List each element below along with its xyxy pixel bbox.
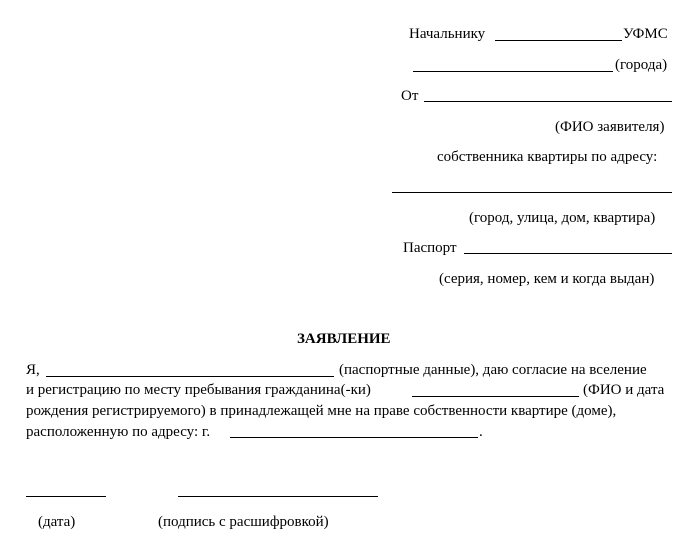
signature-field[interactable] bbox=[178, 496, 378, 497]
passport-data-field[interactable] bbox=[46, 376, 334, 377]
signature-hint: (подпись с расшифровкой) bbox=[158, 513, 329, 531]
body-line-2-end: (ФИО и дата bbox=[583, 381, 664, 399]
passport-label: Паспорт bbox=[403, 239, 457, 257]
to-suffix: УФМС bbox=[623, 25, 668, 43]
document-title: ЗАЯВЛЕНИЕ bbox=[297, 330, 391, 348]
date-hint: (дата) bbox=[38, 513, 75, 531]
body-line-4-end: . bbox=[479, 423, 483, 441]
passport-field[interactable] bbox=[464, 253, 672, 254]
city-field[interactable] bbox=[413, 71, 613, 72]
body-line-1-start: Я, bbox=[26, 361, 40, 379]
body-line-2-start: и регистрацию по месту пребывания гражда… bbox=[26, 381, 371, 399]
ufms-name-field[interactable] bbox=[495, 40, 622, 41]
property-address-field[interactable] bbox=[230, 437, 478, 438]
passport-hint: (серия, номер, кем и когда выдан) bbox=[439, 270, 654, 288]
owner-label: собственника квартиры по адресу: bbox=[437, 148, 657, 166]
to-prefix: Начальнику bbox=[409, 25, 485, 43]
address-hint: (город, улица, дом, квартира) bbox=[469, 209, 655, 227]
owner-address-field[interactable] bbox=[392, 192, 672, 193]
body-line-1-end: (паспортные данные), даю согласие на все… bbox=[339, 361, 647, 379]
from-label: От bbox=[401, 87, 418, 105]
body-line-3: рождения регистрируемого) в принадлежаще… bbox=[26, 402, 616, 420]
body-line-4-start: расположенную по адресу: г. bbox=[26, 423, 210, 441]
registrant-fio-field[interactable] bbox=[412, 396, 579, 397]
city-hint: (города) bbox=[615, 56, 667, 74]
applicant-fio-field[interactable] bbox=[424, 101, 672, 102]
fio-hint: (ФИО заявителя) bbox=[555, 118, 664, 136]
date-field[interactable] bbox=[26, 496, 106, 497]
